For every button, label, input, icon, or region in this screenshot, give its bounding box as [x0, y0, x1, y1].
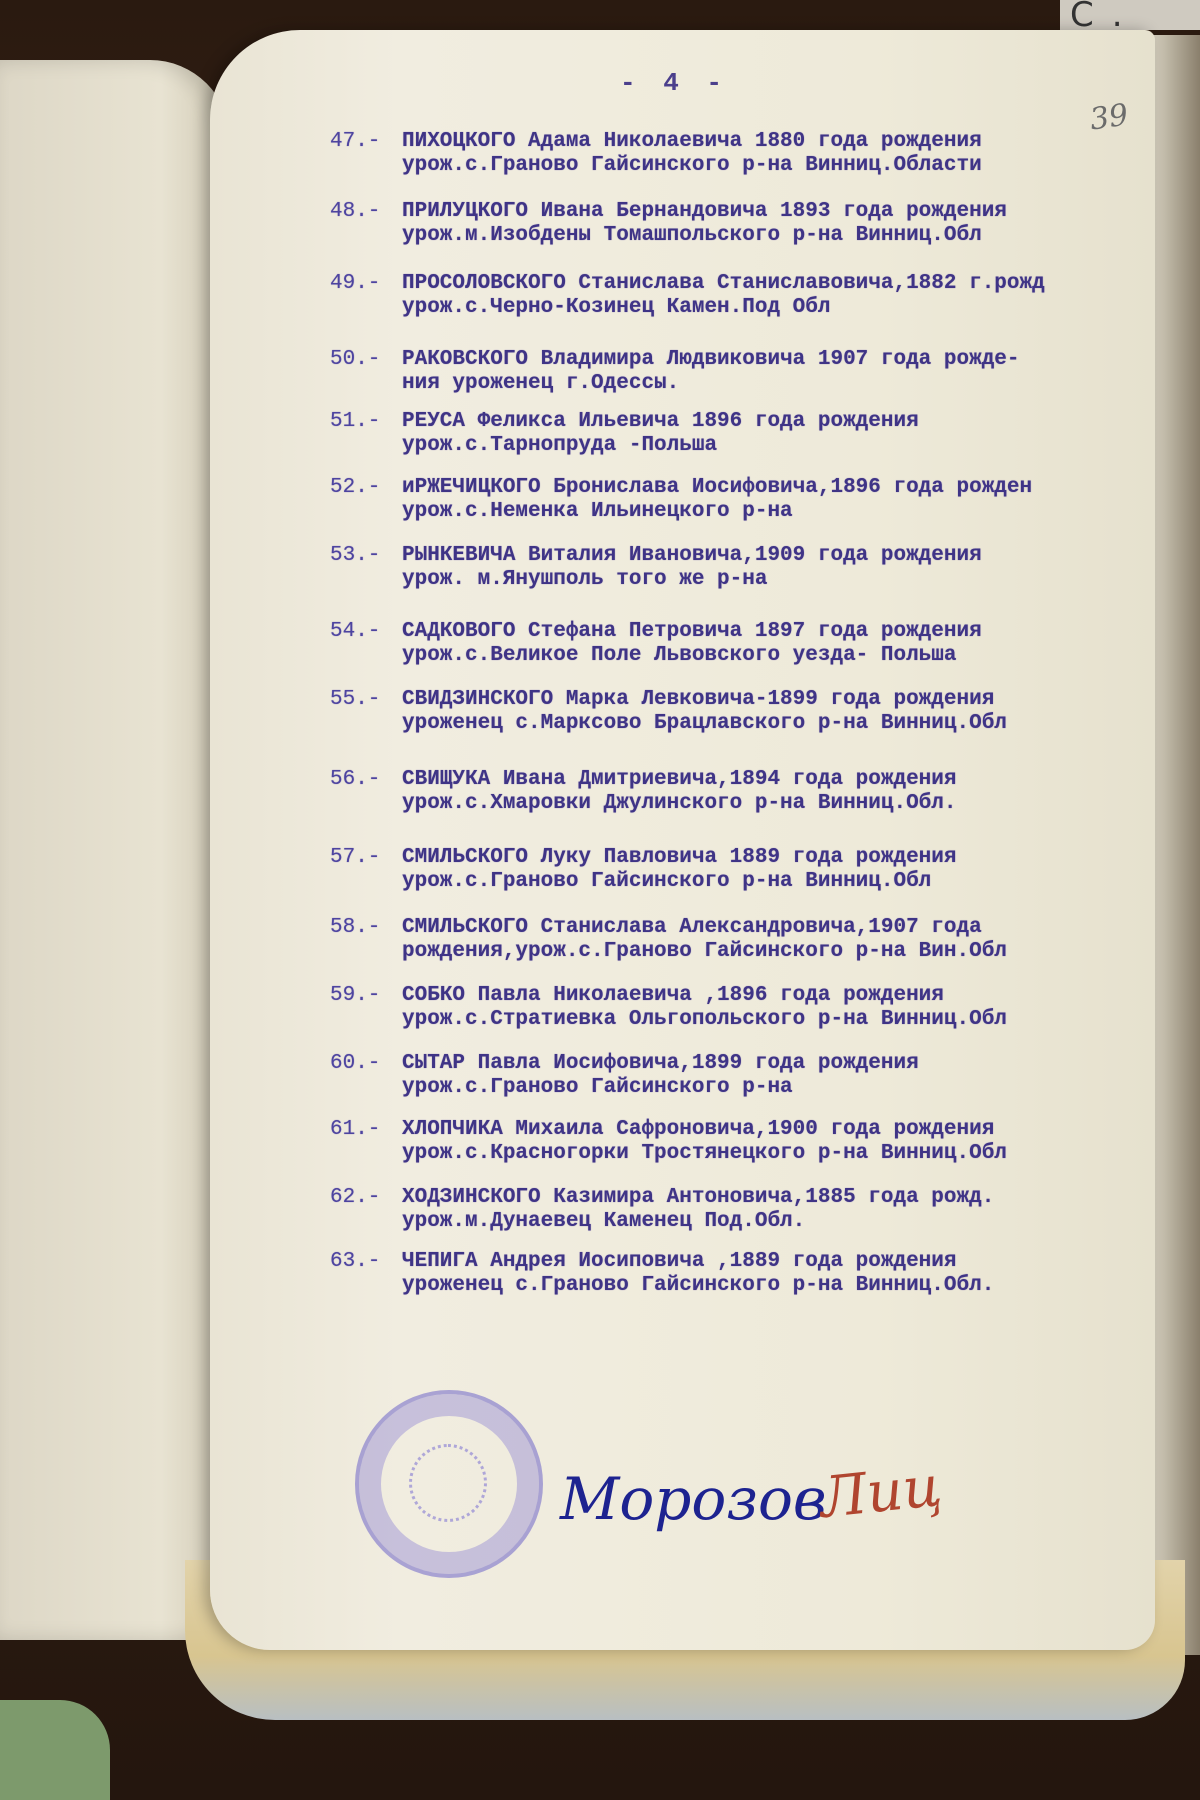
entry-origin-line: урож.м.Изобдены Томашпольского р-на Винн… — [402, 224, 1150, 248]
entry-name-line: СВИДЗИНСКОГО Марка Левковича-1899 года р… — [402, 688, 1150, 712]
entry-number: 51.- — [330, 410, 380, 434]
entry-number: 49.- — [330, 272, 380, 296]
entry-name-line: СОБКО Павла Николаевича ,1896 года рожде… — [402, 984, 1150, 1008]
list-entry: 54.-САДКОВОГО Стефана Петровича 1897 год… — [330, 620, 1150, 668]
entry-number: 60.- — [330, 1052, 380, 1076]
list-entry: 56.-СВИЩУКА Ивана Дмитриевича,1894 года … — [330, 768, 1150, 816]
entry-number: 56.- — [330, 768, 380, 792]
list-entry: 52.-иРЖЕЧИЦКОГО Бронислава Иосифовича,18… — [330, 476, 1150, 524]
entry-name-line: ХЛОПЧИКА Михаила Сафроновича,1900 года р… — [402, 1118, 1150, 1142]
list-entry: 55.-СВИДЗИНСКОГО Марка Левковича-1899 го… — [330, 688, 1150, 736]
list-entry: 62.-ХОДЗИНСКОГО Казимира Антоновича,1885… — [330, 1186, 1150, 1234]
list-entry: 48.-ПРИЛУЦКОГО Ивана Бернандовича 1893 г… — [330, 200, 1150, 248]
page-stack-edge — [1150, 35, 1200, 1655]
entry-number: 50.- — [330, 348, 380, 372]
entry-origin-line: урож.с.Великое Поле Львовского уезда- По… — [402, 644, 1150, 668]
list-entry: 53.-РЫНКЕВИЧА Виталия Ивановича,1909 год… — [330, 544, 1150, 592]
entry-name-line: РЫНКЕВИЧА Виталия Ивановича,1909 года ро… — [402, 544, 1150, 568]
entry-name-line: ПРИЛУЦКОГО Ивана Бернандовича 1893 года … — [402, 200, 1150, 224]
entry-number: 62.- — [330, 1186, 380, 1210]
entry-origin-line: урож. м.Янушполь того же р-на — [402, 568, 1150, 592]
entry-origin-line: урож.с.Граново Гайсинского р-на Винниц.О… — [402, 870, 1150, 894]
seal-emblem-icon — [409, 1444, 487, 1522]
entry-origin-line: урож.с.Красногорки Тростянецкого р-на Ви… — [402, 1142, 1150, 1166]
entry-origin-line: урож.с.Черно-Козинец Камен.Под Обл — [402, 296, 1150, 320]
entry-name-line: ЧЕПИГА Андрея Иосиповича ,1889 года рожд… — [402, 1250, 1150, 1274]
entry-number: 55.- — [330, 688, 380, 712]
entry-origin-line: уроженец с.Марксово Брацлавского р-на Ви… — [402, 712, 1150, 736]
entry-origin-line: рождения,урож.с.Граново Гайсинского р-на… — [402, 940, 1150, 964]
background-label-strip: С. С. — [1060, 0, 1200, 30]
entry-name-line: РАКОВСКОГО Владимира Людвиковича 1907 го… — [402, 348, 1150, 372]
entry-origin-line: урож.с.Хмаровки Джулинского р-на Винниц.… — [402, 792, 1150, 816]
entry-origin-line: урож.с.Стратиевка Ольгопольского р-на Ви… — [402, 1008, 1150, 1032]
entry-name-line: иРЖЕЧИЦКОГО Бронислава Иосифовича,1896 г… — [402, 476, 1150, 500]
list-entry: 57.-СМИЛЬСКОГО Луку Павловича 1889 года … — [330, 846, 1150, 894]
official-seal-stamp — [355, 1390, 543, 1578]
list-entry: 61.-ХЛОПЧИКА Михаила Сафроновича,1900 го… — [330, 1118, 1150, 1166]
entry-origin-line: уроженец с.Граново Гайсинского р-на Винн… — [402, 1274, 1150, 1298]
list-entry: 58.-СМИЛЬСКОГО Станислава Александровича… — [330, 916, 1150, 964]
list-entry: 60.-СЫТАР Павла Иосифовича,1899 года рож… — [330, 1052, 1150, 1100]
entry-origin-line: ния уроженец г.Одессы. — [402, 372, 1150, 396]
signature-blue-ink: Морозов — [560, 1465, 827, 1533]
entry-number: 53.- — [330, 544, 380, 568]
entry-number: 54.- — [330, 620, 380, 644]
entry-name-line: СМИЛЬСКОГО Станислава Александровича,190… — [402, 916, 1150, 940]
left-page — [0, 60, 230, 1640]
entry-origin-line: урож.с.Граново Гайсинского р-на — [402, 1076, 1150, 1100]
entry-name-line: СЫТАР Павла Иосифовича,1899 года рождени… — [402, 1052, 1150, 1076]
entry-name-line: РЕУСА Феликса Ильевича 1896 года рождени… — [402, 410, 1150, 434]
list-entry: 50.-РАКОВСКОГО Владимира Людвиковича 190… — [330, 348, 1150, 396]
entry-number: 61.- — [330, 1118, 380, 1142]
entry-number: 58.- — [330, 916, 380, 940]
list-entry: 63.-ЧЕПИГА Андрея Иосиповича ,1889 года … — [330, 1250, 1150, 1298]
entry-origin-line: урож.с.Неменка Ильинецкого р-на — [402, 500, 1150, 524]
entry-name-line: ХОДЗИНСКОГО Казимира Антоновича,1885 год… — [402, 1186, 1150, 1210]
entry-origin-line: урож.м.Дунаевец Каменец Под.Обл. — [402, 1210, 1150, 1234]
list-entry: 49.-ПРОСОЛОВСКОГО Станислава Станиславов… — [330, 272, 1150, 320]
list-entry: 59.-СОБКО Павла Николаевича ,1896 года р… — [330, 984, 1150, 1032]
list-entry: 47.-ПИХОЦКОГО Адама Николаевича 1880 год… — [330, 130, 1150, 178]
entry-number: 48.- — [330, 200, 380, 224]
entry-number: 47.- — [330, 130, 380, 154]
list-entry: 51.-РЕУСА Феликса Ильевича 1896 года рож… — [330, 410, 1150, 458]
entry-name-line: СВИЩУКА Ивана Дмитриевича,1894 года рожд… — [402, 768, 1150, 792]
entry-number: 63.- — [330, 1250, 380, 1274]
entry-name-line: ПИХОЦКОГО Адама Николаевича 1880 года ро… — [402, 130, 1150, 154]
entry-number: 52.- — [330, 476, 380, 500]
entry-number: 59.- — [330, 984, 380, 1008]
page-number: - 4 - — [620, 68, 728, 98]
entry-origin-line: урож.с.Граново Гайсинского р-на Винниц.О… — [402, 154, 1150, 178]
signature-red-pencil: Лиц — [817, 1454, 945, 1531]
entry-name-line: САДКОВОГО Стефана Петровича 1897 года ро… — [402, 620, 1150, 644]
entry-number: 57.- — [330, 846, 380, 870]
entry-name-line: СМИЛЬСКОГО Луку Павловича 1889 года рожд… — [402, 846, 1150, 870]
entry-name-line: ПРОСОЛОВСКОГО Станислава Станиславовича,… — [402, 272, 1150, 296]
green-object — [0, 1700, 110, 1800]
entry-origin-line: урож.с.Тарнопруда -Польша — [402, 434, 1150, 458]
